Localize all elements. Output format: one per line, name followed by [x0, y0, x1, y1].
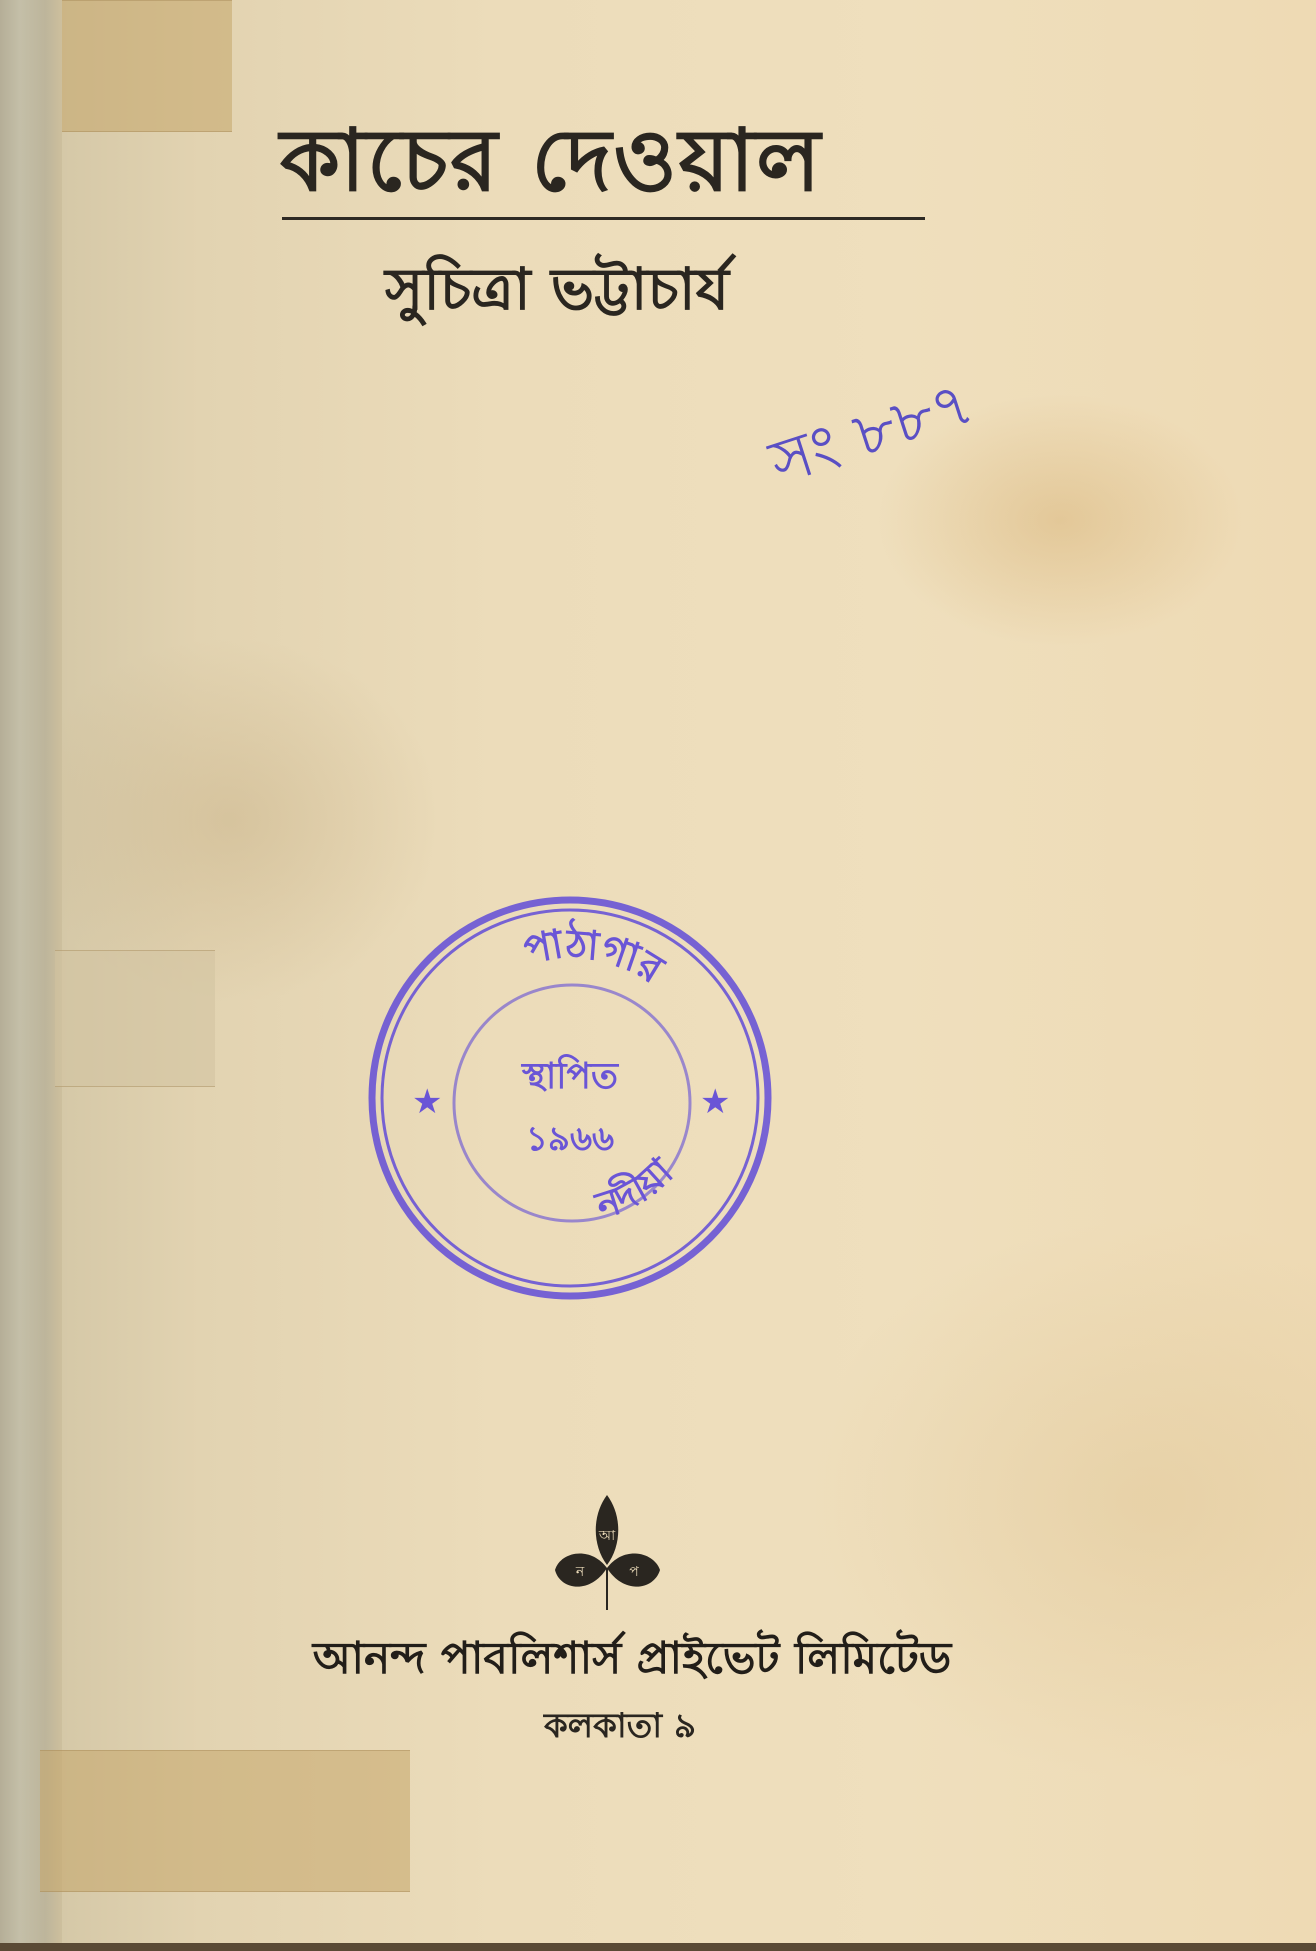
- title-divider: [282, 217, 925, 220]
- publisher-name: আনন্দ পাবলিশার্স প্রাইভেট লিমিটেড: [262, 1625, 1002, 1698]
- tape-strip-bottom: [40, 1750, 410, 1892]
- stamp-bottom-text: নদীয়া: [589, 1148, 683, 1228]
- stamp-center-label: স্থাপিত: [520, 1054, 620, 1097]
- svg-text:প: প: [629, 1564, 639, 1580]
- page-bottom-edge: [0, 1943, 1316, 1951]
- tape-strip-middle: [55, 950, 215, 1087]
- svg-text:ন: ন: [575, 1564, 585, 1580]
- handwritten-accession-number: সং ৮৮৭: [758, 356, 988, 518]
- book-author: সুচিত্রা ভট্টাচার্য: [385, 245, 845, 342]
- stamp-star-right: ★: [700, 1082, 730, 1122]
- library-stamp: পাঠাগার নদীয়া ★ ★ স্থাপিত ১৯৬৬: [360, 888, 780, 1308]
- book-title-page: কাচের দেওয়াল সুচিত্রা ভট্টাচার্য সং ৮৮৭…: [0, 0, 1316, 1951]
- book-spine-edge: [0, 0, 62, 1951]
- svg-text:আ: আ: [598, 1528, 616, 1544]
- publisher-city: কলকাতা ৯: [500, 1700, 740, 1757]
- tape-strip-top: [62, 0, 232, 132]
- stamp-center-year: ১৯৬৬: [526, 1119, 614, 1159]
- stamp-star-left: ★: [412, 1082, 442, 1122]
- svg-text:নদীয়া: নদীয়া: [589, 1148, 683, 1228]
- publisher-logo-icon: আ ন প: [550, 1490, 665, 1615]
